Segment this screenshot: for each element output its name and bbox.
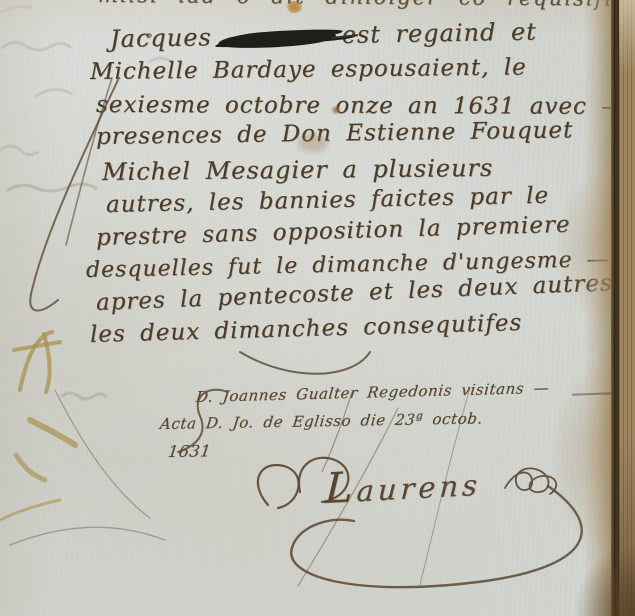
margin-flourish <box>0 332 75 520</box>
manuscript-line: Michelle Bardaye espousaient, le <box>90 54 527 85</box>
adjacent-page-edges <box>619 0 635 616</box>
manuscript-line: prestre sans opposition la premiere <box>96 212 571 251</box>
manuscript-line: presences de Don Estienne Fouquet <box>96 117 574 150</box>
visitation-note-line: D. Joannes Gualter Regedonis visitans — <box>195 379 550 406</box>
manuscript-line: sexiesme octobre onze an 1631 avec — <box>96 92 625 120</box>
manuscript-line: Jacquesest regaind et <box>110 18 537 53</box>
visitation-note-line: Acta D. Jo. de Eglisso die 23ª octob. <box>159 409 484 433</box>
signature: Laurens <box>324 456 483 513</box>
manuscript-word: Jacques <box>110 23 212 53</box>
manuscript-word: est regaind et <box>341 18 537 49</box>
ink-blot <box>218 29 337 50</box>
manuscript-line-partial: milsi lad o dit dinioiger co requisifir <box>98 0 625 11</box>
manuscript-line: Michel Mesagier a plusieurs <box>102 154 494 186</box>
book-binding-edge <box>611 0 619 616</box>
visitation-note-line: 1631 <box>167 441 212 461</box>
corner-shadow <box>575 546 635 616</box>
page-edge-stain <box>584 0 614 616</box>
manuscript-page: milsi lad o dit dinioiger co requisifir … <box>0 0 635 616</box>
manuscript-line: autres, les bannies faictes par le <box>106 183 550 218</box>
manuscript-line: les deux dimanches consequtifes <box>90 310 523 348</box>
stray-strokes <box>10 390 165 545</box>
